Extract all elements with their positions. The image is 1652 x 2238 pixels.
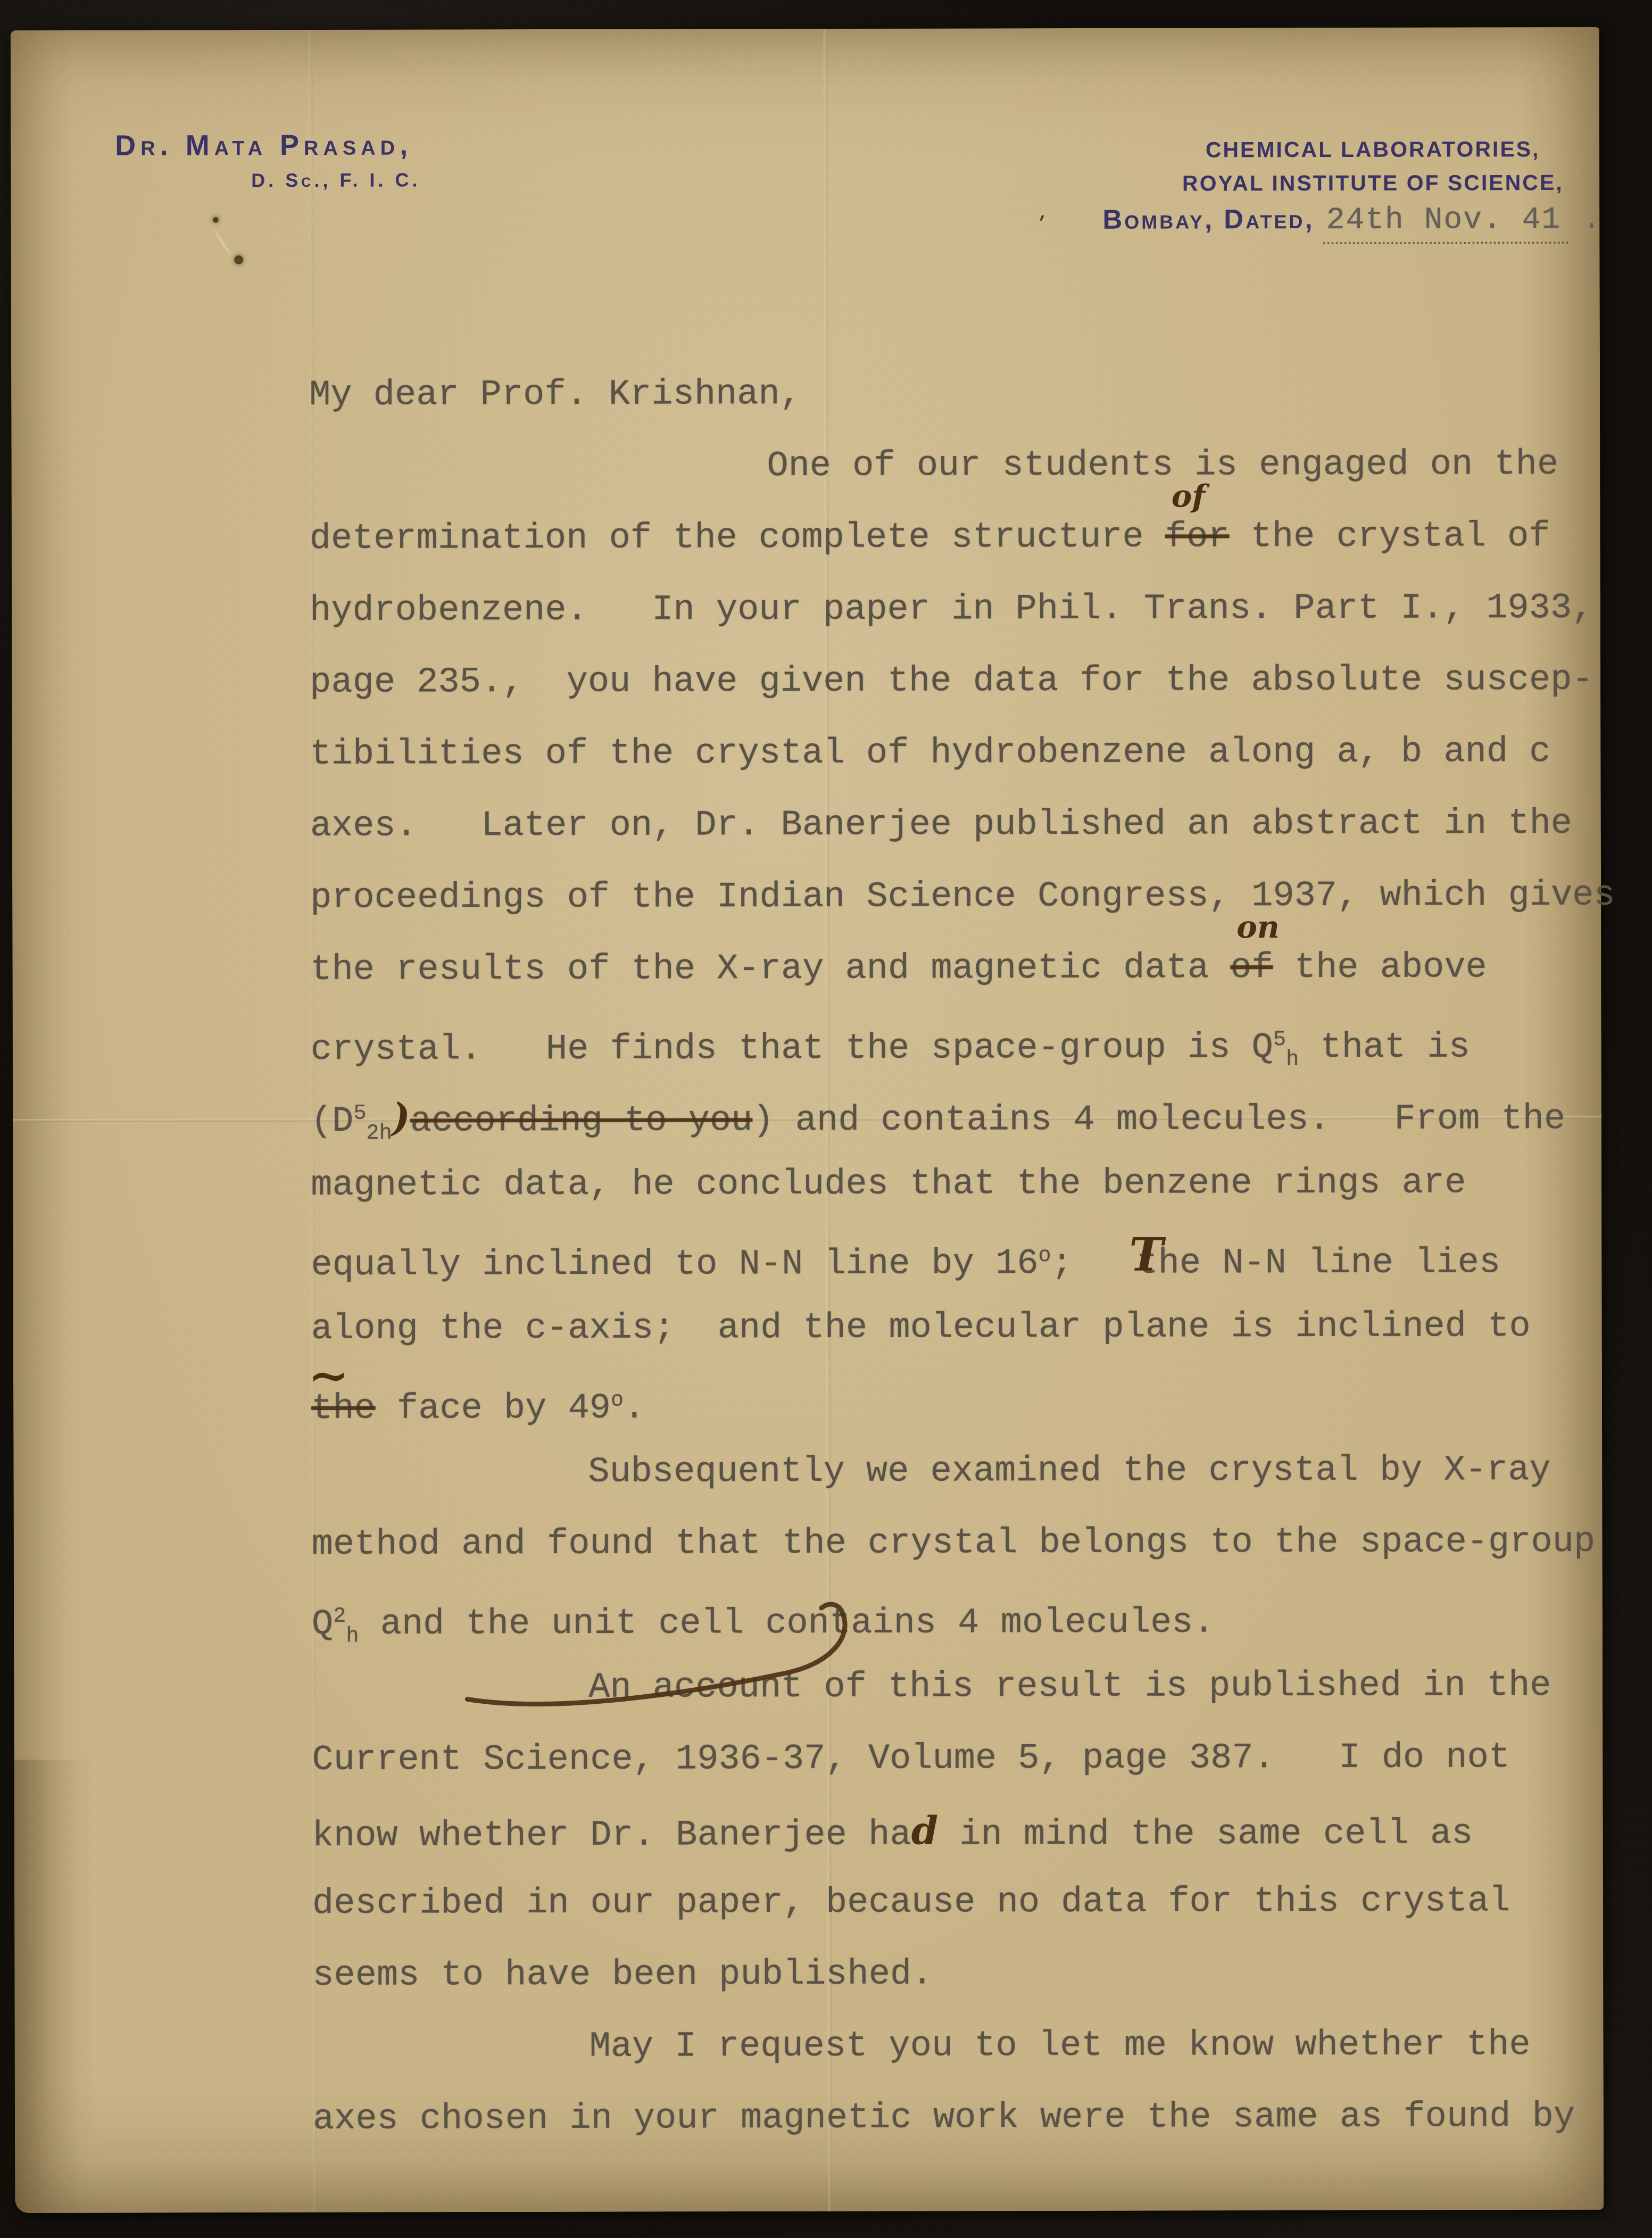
handwritten-text: d: [911, 1808, 939, 1853]
typed-line: know whether Dr. Banerjee had in mind th…: [312, 1794, 1600, 1868]
typed-line: (D52h)according to you) and contains 4 m…: [311, 1075, 1598, 1150]
typed-text: ;: [1051, 1244, 1137, 1284]
typed-line: proceedings of the Indian Science Congre…: [310, 860, 1598, 934]
typed-text: of: [1230, 948, 1273, 988]
handwritten-correction: of: [1172, 480, 1206, 512]
typed-text: for: [1165, 517, 1230, 557]
typed-text: the above: [1273, 947, 1487, 988]
typed-text: o: [1039, 1244, 1051, 1268]
typed-line: the∼ face by 49o.: [311, 1363, 1599, 1437]
typed-text: tibilities of the crystal of hydrobenzen…: [310, 732, 1550, 775]
typed-line: equally inclined to N-N line by 16o; the…: [311, 1219, 1598, 1294]
paper-edge-curl: [14, 1760, 95, 2213]
handwritten-correction: T: [1129, 1232, 1163, 1264]
typed-text: according to you: [410, 1100, 752, 1141]
handwritten-tick-mark: ʹ: [1034, 212, 1047, 239]
typed-text: One of our students is engaged on the: [767, 444, 1558, 486]
letter-body: My dear Prof. Krishnan,One of our studen…: [309, 357, 1600, 2156]
typed-line: My dear Prof. Krishnan,: [309, 357, 1597, 432]
typed-text: proceedings of the Indian Science Congre…: [310, 875, 1615, 918]
scanned-letter-page: { "colors": { "paper": "#c9b487", "backg…: [0, 0, 1652, 2238]
typed-text: the crystal of: [1230, 516, 1550, 557]
letterhead-org-line1: CHEMICAL LABORATORIES,: [1155, 132, 1591, 167]
typed-text: axes. Later on, Dr. Banerjee published a…: [310, 803, 1572, 847]
handwritten-correction: on: [1236, 911, 1280, 943]
typed-text: .: [624, 1388, 645, 1429]
letterhead-sender-credentials: D. Sc., F. I. C.: [251, 169, 420, 192]
letter-paper: Dr. Mata Prasad, D. Sc., F. I. C. CHEMIC…: [11, 27, 1604, 2213]
typed-text: 5: [1273, 1028, 1286, 1052]
typed-line: Current Science, 1936-37, Volume 5, page…: [312, 1722, 1599, 1796]
typed-line: described in our paper, because no data …: [312, 1866, 1600, 1940]
corrected-word: ofon: [1230, 932, 1273, 1004]
typed-text: crystal. He finds that the space-group i…: [311, 1027, 1273, 1070]
typed-text: 2: [333, 1605, 346, 1629]
typed-text: along the c-axis; and the molecular plan…: [311, 1306, 1531, 1349]
typed-text: page 235., you have given the data for t…: [310, 660, 1593, 703]
typed-text: equally inclined to N-N line by 16: [311, 1244, 1038, 1286]
pin-hole: [235, 255, 243, 264]
typed-text: described in our paper, because no data …: [312, 1881, 1510, 1924]
typed-text: Subsequently we examined the crystal by …: [588, 1450, 1550, 1493]
typed-text: Current Science, 1936-37, Volume 5, page…: [312, 1737, 1510, 1780]
typed-text: know whether Dr. Banerjee ha: [312, 1815, 911, 1856]
typed-text: face by 49: [376, 1388, 611, 1429]
typed-text: seems to have been published.: [312, 1954, 933, 1996]
typed-date-value: 24th Nov. 41: [1323, 203, 1569, 244]
typed-text: Q: [312, 1604, 333, 1645]
handwritten-insert-flourish: [445, 1599, 886, 1723]
typed-text: 5: [353, 1102, 366, 1126]
typed-line: determination of the complete structure …: [310, 501, 1597, 575]
typed-text: My dear Prof. Krishnan,: [309, 374, 801, 416]
typed-line: tibilities of the crystal of hydrobenzen…: [310, 716, 1597, 791]
handwritten-text: ): [392, 1095, 410, 1140]
typed-text: method and found that the crystal belong…: [312, 1522, 1596, 1565]
typed-line: axes chosen in your magnetic work were t…: [313, 2081, 1600, 2156]
handwritten-correction: ∼: [308, 1360, 349, 1391]
date-line: Bombay, Dated,24th Nov. 41.: [1102, 203, 1601, 245]
typed-line: Subsequently we examined the crystal by …: [311, 1435, 1599, 1509]
typed-line: axes. Later on, Dr. Banerjee published a…: [310, 788, 1598, 863]
pin-hole: [213, 217, 218, 222]
typed-text: determination of the complete structure: [310, 517, 1165, 559]
corrected-word: theT: [1136, 1228, 1201, 1300]
typed-line: the results of the X-ray and magnetic da…: [310, 932, 1598, 1006]
typed-line: crystal. He finds that the space-group i…: [311, 1004, 1598, 1078]
letterhead-organization: CHEMICAL LABORATORIES, ROYAL INSTITUTE O…: [1155, 132, 1591, 201]
pin-scratch: [210, 226, 236, 261]
typed-text: h: [1286, 1048, 1299, 1072]
typed-text: (D: [311, 1101, 354, 1142]
typed-text: o: [611, 1389, 624, 1413]
typed-line: method and found that the crystal belong…: [312, 1506, 1599, 1581]
typed-date-period: .: [1582, 203, 1601, 237]
corrected-word: forof: [1165, 501, 1230, 573]
typed-text: that is: [1299, 1027, 1470, 1068]
typed-line: along the c-axis; and the molecular plan…: [311, 1291, 1599, 1365]
typed-text: May I request you to let me know whether…: [590, 2025, 1531, 2067]
typed-text: N-N line lies: [1201, 1242, 1500, 1283]
typed-text: the results of the X-ray and magnetic da…: [310, 948, 1230, 990]
typed-line: seems to have been published.: [312, 1937, 1600, 2012]
typed-text: h: [346, 1624, 359, 1648]
typed-line: page 235., you have given the data for t…: [310, 644, 1597, 719]
typed-line: magnetic data, he concludes that the ben…: [311, 1147, 1598, 1222]
letterhead-sender-name: Dr. Mata Prasad,: [115, 129, 412, 162]
typed-text: ) and contains 4 molecules. From the: [752, 1099, 1565, 1141]
typed-line: hydrobenzene. In your paper in Phil. Tra…: [310, 573, 1597, 647]
typed-line: May I request you to let me know whether…: [313, 2009, 1600, 2084]
letterhead-org-line2: ROYAL INSTITUTE OF SCIENCE,: [1155, 166, 1591, 201]
typed-text: hydrobenzene. In your paper in Phil. Tra…: [310, 588, 1593, 631]
typed-line: One of our students is engaged on the: [309, 429, 1597, 503]
typed-text: axes chosen in your magnetic work were t…: [313, 2096, 1575, 2140]
place-dated-label: Bombay, Dated,: [1102, 204, 1314, 235]
typed-text: in mind the same cell as: [938, 1813, 1473, 1855]
typed-text: 2h: [367, 1122, 392, 1146]
corrected-word: the∼: [311, 1373, 376, 1445]
typed-text: magnetic data, he concludes that the ben…: [311, 1163, 1466, 1206]
